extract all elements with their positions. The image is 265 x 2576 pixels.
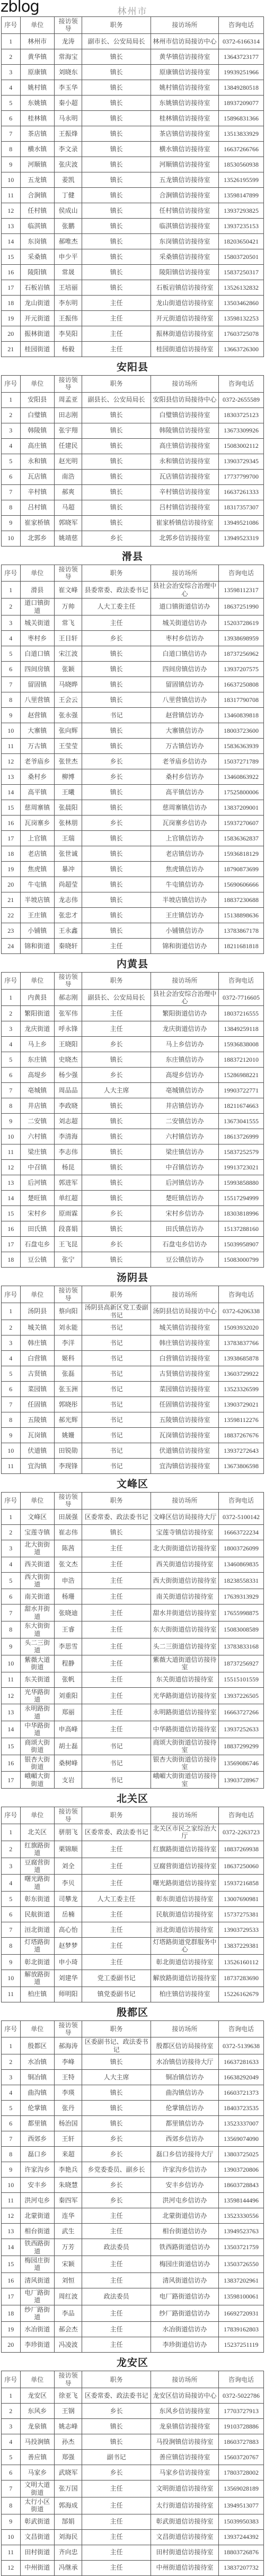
table-row: 24锦和街道秦晓轩主任锦和街道信访办18211681818 (2, 938, 264, 953)
cell-leader: 尚超莹 (54, 877, 82, 892)
cell-leader: 武生 (54, 2224, 82, 2239)
cell-unit: 铁西路街道 (20, 2239, 54, 2256)
cell-position: 主任 (82, 2497, 151, 2514)
cell-phone: 0372-7716605 (218, 989, 263, 1006)
cell-position: 镇长 (82, 1144, 151, 1160)
cell-index: 16 (2, 815, 21, 830)
cell-leader: 来超 (54, 2147, 82, 2162)
cell-location: 韩庄镇信访接待室 (151, 1335, 219, 1351)
column-header: 咨询电话 (218, 375, 263, 392)
cell-unit: 宝莲寺镇 (20, 1524, 54, 1540)
table-row: 14楚旺镇单红超镇长楚旺镇信访办15517294999 (2, 1191, 264, 1206)
column-header: 咨询电话 (218, 17, 263, 34)
cell-index: 6 (2, 1589, 21, 1604)
cell-location: 光华路街道信访接待室 (151, 1687, 219, 1704)
table-row: 2东风乡王钢乡长东风乡信访接待室17703727913 (2, 2404, 264, 2419)
cell-index: 18 (2, 295, 21, 310)
table-row: 16田氏镇段喜娟镇长田氏镇信访办15137288160 (2, 1221, 264, 1237)
cell-phone: 13937226505 (218, 1687, 263, 1704)
cell-position: 主任 (82, 1006, 151, 1021)
cell-index: 9 (2, 157, 21, 172)
cell-position: 主任 (82, 2480, 151, 2497)
cell-unit: 振林街道 (20, 326, 54, 341)
cell-leader: 马永明 (54, 110, 82, 126)
cell-phone: 15737275381 (218, 1907, 263, 1922)
column-header: 接访场所 (151, 1286, 219, 1303)
cell-position: 镇长 (82, 2434, 151, 2450)
cell-phone: 13598112276 (218, 1412, 263, 1428)
cell-index: 8 (2, 2497, 21, 2514)
cell-leader: 孙杰 (54, 2434, 82, 2450)
cell-phone: 13526195599 (218, 172, 263, 187)
table-row: 13临淇镇张鹏镇长临淇镇信访接待室13937235153 (2, 218, 264, 233)
cell-index: 2 (2, 49, 21, 64)
cell-index: 20 (2, 326, 21, 341)
cell-index: 6 (2, 469, 21, 484)
cell-phone: 13643723177 (218, 49, 263, 64)
table-row: 7亳城镇周品品人大主席亳城镇信访办19903722771 (2, 1083, 264, 1098)
column-header: 接访场所 (151, 1807, 219, 1824)
cell-index: 11 (2, 1459, 21, 1474)
cell-location: 万古镇信访办 (151, 738, 219, 753)
cell-leader: 暴冲 (54, 861, 82, 877)
cell-position: 主任 (82, 1938, 151, 1955)
cell-phone: 15936838008 (218, 1037, 263, 1052)
cell-leader: 田晟强 (54, 1509, 82, 1524)
cell-position: 主任 (82, 1021, 151, 1037)
cell-index: 11 (2, 2545, 21, 2560)
cell-index: 13 (2, 1175, 21, 1191)
cell-leader: 齐向忠 (54, 2545, 82, 2560)
cell-leader: 王振烽 (54, 126, 82, 141)
cell-phone: 13949521086 (218, 515, 263, 531)
cell-leader: 周品品 (54, 1083, 82, 1098)
cell-phone: 13673041555 (218, 1114, 263, 1129)
site-logo-link[interactable]: zblog (1, 0, 39, 15)
cell-position: 乡长 (82, 2193, 151, 2208)
cell-index: 4 (2, 80, 21, 95)
cell-index: 21 (2, 341, 21, 357)
cell-phone: 16692720931 (218, 2305, 263, 2322)
table-row: 2繁阳街道张军伟主任繁阳街道信访办18037216555 (2, 1006, 264, 1021)
cell-phone: 16637250808 (218, 676, 263, 692)
cell-phone: 18737283690 (218, 1970, 263, 1987)
cell-location: 善应镇信访接待室 (151, 2450, 219, 2465)
cell-position: 主任 (82, 310, 151, 326)
cell-phone: 15137288160 (218, 1221, 263, 1237)
cell-index: 20 (2, 2337, 21, 2353)
cell-leader: 李玉华 (54, 80, 82, 95)
cell-location: 东庄镇信访办 (151, 1052, 219, 1068)
cell-unit: 桑村乡 (20, 769, 54, 784)
cell-unit: 甜水井街道 (20, 1604, 54, 1621)
cell-index: 15 (2, 1738, 21, 1755)
cell-index: 10 (2, 1970, 21, 1987)
cell-phone: 13938685878 (218, 1351, 263, 1366)
cell-unit: 菜园镇 (20, 1382, 54, 1397)
table-row: 18老店镇张世诚镇长老店镇信访办15936818129 (2, 846, 264, 861)
cell-phone: 19903722771 (218, 1083, 263, 1098)
cell-leader: 张晨阳 (54, 800, 82, 815)
cell-leader: 崔志伟 (54, 1524, 82, 1540)
cell-location: 铁西路街道信访办 (151, 2239, 219, 2256)
cell-leader: 张万国 (54, 2480, 82, 2497)
cell-location: 八里营镇信访办 (151, 692, 219, 707)
table-row: 10六村镇李清海镇长六村镇信访办18613726999 (2, 1129, 264, 1144)
cell-leader: 张永强 (54, 707, 82, 723)
column-header: 咨询电话 (218, 1493, 263, 1510)
cell-leader: 段喜娟 (54, 1221, 82, 1237)
cell-index: 6 (2, 1068, 21, 1083)
cell-position: 主任 (82, 1922, 151, 1938)
cell-position: 镇长 (82, 676, 151, 692)
cell-index: 12 (2, 1687, 21, 1704)
cell-phone: 13949523319 (218, 531, 263, 546)
column-header: 职务 (82, 1286, 151, 1303)
cell-index: 13 (2, 769, 21, 784)
cell-location: 永明路街道信访接待室 (151, 1704, 219, 1721)
cell-index: 2 (2, 2404, 21, 2419)
cell-phone: 15937216858 (218, 1875, 263, 1892)
cell-position: 主任 (82, 1557, 151, 1572)
column-header: 咨询电话 (218, 2020, 263, 2037)
cell-location: 开元街道信访接待室 (151, 310, 219, 326)
cell-unit: 横水镇 (20, 141, 54, 157)
table-row: 1滑县崔文峰县委常委、政法委书记县社会治安综合治理中心13598112317 (2, 582, 264, 599)
cell-location: 留固镇信访办 (151, 676, 219, 692)
cell-position: 镇长 (82, 218, 151, 233)
cell-unit: 龙庆街道 (20, 1021, 54, 1037)
cell-unit: 南关街道 (20, 1589, 54, 1604)
cell-phone: 15836363939 (218, 738, 263, 753)
cell-leader: 李现锋 (54, 1459, 82, 1474)
cell-leader: 秦晓轩 (54, 938, 82, 953)
cell-location: 任村镇信访接待室 (151, 203, 219, 218)
cell-index: 11 (2, 1987, 21, 2002)
cell-leader: 郭海成 (54, 2497, 82, 2514)
cell-index: 8 (2, 1412, 21, 1428)
cell-phone: 15039958907 (218, 1237, 263, 1252)
cell-location: 头二三街道信访接待室 (151, 1638, 219, 1655)
cell-phone: 0372-6206338 (218, 1303, 263, 1320)
cell-position: 主任 (82, 1858, 151, 1875)
cell-phone: 13503726550 (218, 2256, 263, 2273)
cell-unit: 马投涧镇 (20, 2434, 54, 2450)
cell-location: 豆腐营街道信访接待室 (151, 1858, 219, 1875)
cell-phone: 13503462860 (218, 295, 263, 310)
cell-index: 14 (2, 1721, 21, 1738)
cell-unit: 龙安区 (20, 2388, 54, 2404)
cell-location: 东岗镇信访接待室 (151, 233, 219, 249)
cell-position: 书记 (82, 1382, 151, 1397)
cell-unit: 白营镇 (20, 1351, 54, 1366)
column-header: 序号 (2, 972, 21, 989)
cell-phone: 16637266766 (218, 141, 263, 157)
cell-position: 主任 (82, 1841, 151, 1858)
cell-index: 10 (2, 723, 21, 738)
column-header: 序号 (2, 1493, 21, 1510)
cell-location: 中华路街道信访接待室 (151, 1721, 219, 1738)
cell-phone: 13569074090 (218, 2131, 263, 2147)
cell-location: 磊口乡信访接待大厅 (151, 2147, 219, 2162)
cell-leader: 刘恒 (54, 2273, 82, 2288)
table-row: 20李珍街道冯凌波主任李珍街道信访办15237251119 (2, 2337, 264, 2353)
cell-phone: 13803725025 (218, 2147, 263, 2162)
table-row: 16银杏大街街道桑树峰书记银杏大街街道信访接待室13569086746 (2, 1755, 264, 1772)
table-row: 11东关街道张帆主任东关街道信访接待室15515101559 (2, 1672, 264, 1687)
column-header: 接访场所 (151, 2020, 219, 2037)
cell-leader: 李瑛 (54, 2085, 82, 2101)
cell-phone: 13673806598 (218, 1459, 263, 1474)
cell-position: 镇长 (82, 830, 151, 846)
column-header: 接访领导 (54, 2020, 82, 2037)
cell-unit: 马上乡 (20, 1037, 54, 1052)
table-row: 4白营镇姬科书记白营镇信访接待室13938685878 (2, 1351, 264, 1366)
cell-position: 镇长 (82, 172, 151, 187)
table-row: 11宜沟镇李现锋书记宜沟镇信访接待室13673806598 (2, 1459, 264, 1474)
column-header: 职务 (82, 1493, 151, 1510)
cell-position: 书记 (82, 1320, 151, 1335)
cell-unit: 东大街街道 (20, 1621, 54, 1638)
table-row: 6高堤乡杨少强乡长高堤乡信访办15286988221 (2, 1068, 264, 1083)
cell-location: 龙庆街道信访办 (151, 1021, 219, 1037)
cell-position: 主任 (82, 615, 151, 630)
cell-unit: 陵阳镇 (20, 264, 54, 280)
table-row: 3豆腐营街道刘全主任豆腐营街道信访接待室18637250060 (2, 1858, 264, 1875)
cell-leader: 岳楠 (54, 1907, 82, 1922)
column-header: 单位 (20, 2371, 54, 2388)
cell-position: 乡长 (82, 815, 151, 830)
table-row: 10文昌街道刘海民主任文昌街道信访接待室13937244392 (2, 2529, 264, 2545)
column-header: 职务 (82, 375, 151, 392)
cell-index: 6 (2, 110, 21, 126)
cell-location: 中州街道信访接待室 (151, 2560, 219, 2575)
cell-leader: 常海宝 (54, 49, 82, 64)
contact-table: 序号单位接访领导职务接访场所咨询电话1滑县崔文峰县委常委、政法委书记县社会治安综… (1, 565, 264, 954)
cell-location: 紫薇大道街道信访接待室 (151, 1655, 219, 1672)
cell-position: 主任 (82, 1589, 151, 1604)
cell-phone: 18317790708 (218, 692, 263, 707)
cell-index: 8 (2, 1098, 21, 1114)
cell-location: 吕村镇信访接待室 (151, 500, 219, 515)
table-row: 19水冶街道郝会杰主任水冶街道信访办17839162803 (2, 2322, 264, 2337)
cell-location: 银杏大街街道信访接待室 (151, 1755, 219, 1772)
cell-position: 书记 (82, 1443, 151, 1459)
cell-phone: 15083008589 (218, 1621, 263, 1638)
table-row: 8八里营镇王会云镇长八里营镇信访办18317790708 (2, 692, 264, 707)
cell-unit: 四间房镇 (20, 661, 54, 676)
cell-location: 永和镇信访接待室 (151, 454, 219, 469)
cell-index: 19 (2, 2322, 21, 2337)
cell-unit: 相台街道 (20, 2224, 54, 2239)
cell-position: 镇长 (82, 500, 151, 515)
cell-leader: 张丹 (54, 2101, 82, 2116)
cell-leader: 王晓阳 (54, 1037, 82, 1052)
table-row: 6南关街道杨珊主任南关街道信访接待室17639313929 (2, 1589, 264, 1604)
table-row: 11合涧镇丁健镇长合涧镇信访接待室13598147899 (2, 187, 264, 203)
cell-location: 四间房镇信访办 (151, 661, 219, 676)
cell-index: 12 (2, 2560, 21, 2575)
table-row: 5西大街街道申浩主任西大街街道信访接待室18238558331 (2, 1572, 264, 1589)
cell-phone: 0372-6166314 (218, 33, 263, 49)
cell-leader: 郑强 (54, 2450, 82, 2465)
table-row: 15慈周寨镇张晨阳镇长慈周寨镇信访办13837209001 (2, 800, 264, 815)
cell-leader: 李清海 (54, 1129, 82, 1144)
cell-index: 2 (2, 2054, 21, 2070)
cell-index: 9 (2, 515, 21, 531)
cell-leader: 周红波 (54, 2288, 82, 2305)
cell-position: 镇长 (82, 1221, 151, 1237)
cell-index: 13 (2, 1704, 21, 1721)
cell-location: 五陵镇信访接待室 (151, 1412, 219, 1428)
table-row: 13后河镇郭进军镇长后河镇信访办15993858880 (2, 1175, 264, 1191)
cell-location: 任固镇信访接待室 (151, 1397, 219, 1412)
cell-leader: 马晓晔 (54, 676, 82, 692)
cell-leader: 刘志超 (54, 1114, 82, 1129)
cell-unit: 老店镇 (20, 846, 54, 861)
cell-phone: 13598112317 (218, 582, 263, 599)
table-row: 14东岗镇郝唯杰镇长东岗镇信访接待室18203650421 (2, 233, 264, 249)
table-row: 20牛屯镇尚超莹镇长牛屯镇信访办15690606666 (2, 877, 264, 892)
cell-unit: 五龙镇 (20, 172, 54, 187)
table-row: 4高庄镇任建民镇长高庄镇信访接待室15083002112 (2, 438, 264, 454)
cell-phone: 15896831366 (218, 110, 263, 126)
cell-phone: 18003723600 (218, 723, 263, 738)
cell-location: 安阳县信访局接待中心 (151, 392, 219, 407)
cell-unit: 牛屯镇 (20, 877, 54, 892)
cell-leader: 郭晓军 (54, 515, 82, 531)
cell-position: 镇长 (82, 157, 151, 172)
cell-unit: 水冶镇 (20, 2054, 54, 2070)
cell-index: 12 (2, 203, 21, 218)
cell-location: 五龙镇信访接待室 (151, 172, 219, 187)
cell-location: 曲沟镇信访办 (151, 2085, 219, 2101)
cell-unit: 豆公镇 (20, 1252, 54, 1268)
cell-unit: 龙山街道 (20, 295, 54, 310)
cell-position: 主任 (82, 2514, 151, 2529)
cell-position: 主任 (82, 341, 151, 357)
cell-unit: 中华路街道 (20, 1721, 54, 1738)
table-row: 18豆公镇张宁镇长豆公镇信访办15083000799 (2, 1252, 264, 1268)
cell-leader: 李艳兵 (54, 2162, 82, 2178)
cell-phone: 13837209001 (218, 800, 263, 815)
cell-position: 主任 (82, 938, 151, 953)
table-row: 1汤阴县蔡向阳汤阴县高新区党工委副书记汤阴县信访局接访中心0372-620633… (2, 1303, 264, 1320)
cell-leader: 张玉洲 (54, 1382, 82, 1397)
cell-unit: 赵营镇 (20, 707, 54, 723)
cell-leader: 张林朋 (54, 815, 82, 830)
cell-unit: 焦虎镇 (20, 861, 54, 877)
cell-leader: 连华 (54, 2208, 82, 2224)
cell-location: 古贤镇信访接待室 (151, 1366, 219, 1382)
cell-index: 4 (2, 2434, 21, 2450)
column-header: 职务 (82, 972, 151, 989)
cell-unit: 亳城镇 (20, 1083, 54, 1098)
table-row: 2白璧镇田志刚镇长白璧镇信访接待室18303725123 (2, 407, 264, 423)
cell-leader: 李政晓 (54, 1098, 82, 1114)
cell-position: 书记 (82, 1412, 151, 1428)
cell-unit: 黄华镇 (20, 49, 54, 64)
cell-unit: 北关区 (20, 1824, 54, 1841)
cell-unit: 许家沟乡 (20, 2162, 54, 2178)
table-row: 3铜冶镇王特人大主席铜冶镇信访办16638292049 (2, 2070, 264, 2085)
cell-leader: 王曦 (54, 784, 82, 800)
cell-index: 6 (2, 1907, 21, 1922)
cell-position: 主任 (82, 1638, 151, 1655)
cell-location: 龙泉镇信访接待室 (151, 2419, 219, 2434)
cell-location: 白营镇信访接待室 (151, 1351, 219, 1366)
cell-location: 道口镇街道信访办 (151, 599, 219, 615)
cell-unit: 合涧镇 (20, 187, 54, 203)
cell-leader: 张世杰 (54, 753, 82, 769)
cell-unit: 楚旺镇 (20, 1191, 54, 1206)
table-row: 2水冶镇李峰镇长水冶镇信访接待大厅16637281633 (2, 2054, 264, 2070)
column-header: 接访场所 (151, 565, 219, 582)
cell-index: 4 (2, 1557, 21, 1572)
cell-leader: 郝光辉 (54, 1412, 82, 1428)
column-header: 单位 (20, 1807, 54, 1824)
cell-leader: 申高峰 (54, 1721, 82, 1738)
cell-unit: 后河镇 (20, 1175, 54, 1191)
page-title: 林州市 (0, 0, 265, 17)
table-row: 1龙安区徐亚飞区委常委、政法委书记龙安区信访局接访中心0372-5022786 (2, 2388, 264, 2404)
cell-index: 5 (2, 1572, 21, 1589)
cell-location: 田氏镇信访办 (151, 1221, 219, 1237)
cell-unit: 临淇镇 (20, 218, 54, 233)
cell-index: 9 (2, 1114, 21, 1129)
cell-phone: 16637281633 (218, 2054, 263, 2070)
cell-phone: 13598144496 (218, 2193, 263, 2208)
cell-location: 梅园庄街道信访办 (151, 2256, 219, 2273)
cell-phone: 18613726999 (218, 1129, 263, 1144)
cell-index: 4 (2, 438, 21, 454)
cell-leader: 支岩 (54, 1772, 82, 1789)
cell-location: 上官镇信访办 (151, 830, 219, 846)
table-row: 9许家沟乡李艳兵乡党委委员、副乡长许家沟乡信访办13903720806 (2, 2162, 264, 2178)
cell-index: 10 (2, 531, 21, 546)
cell-phone: 13460839818 (218, 707, 263, 723)
cell-position: 镇长 (82, 280, 151, 295)
cell-unit: 东关街道 (20, 1672, 54, 1687)
cell-phone: 18211674663 (218, 1098, 263, 1114)
cell-index: 8 (2, 1621, 21, 1638)
cell-unit: 水冶街道 (20, 2322, 54, 2337)
table-row: 1北关区骈朋飞区委常委、政法委书记北关区市民之家综治大厅0372-2263723 (2, 1824, 264, 1841)
column-header: 接访领导 (54, 1286, 82, 1303)
cell-phone: 15083000799 (218, 1252, 263, 1268)
cell-location: 崔家桥镇信访接待室 (151, 515, 219, 531)
cell-index: 3 (2, 1021, 21, 1037)
cell-index: 7 (2, 484, 21, 500)
column-header: 序号 (2, 2020, 21, 2037)
table-row: 4马上乡王晓阳乡长马上乡信访办15936838008 (2, 1037, 264, 1052)
cell-index: 2 (2, 1320, 21, 1335)
cell-index: 1 (2, 1509, 21, 1524)
section-title: 文峰区 (0, 1474, 265, 1492)
cell-location: 六村镇信访办 (151, 1129, 219, 1144)
cell-index: 3 (2, 1335, 21, 1351)
cell-phone: 0372-5100142 (218, 1509, 263, 1524)
cell-phone: 18837269938 (218, 1841, 263, 1858)
cell-index: 17 (2, 830, 21, 846)
header-row: 序号单位接访领导职务接访场所咨询电话 (2, 2371, 264, 2388)
cell-index: 7 (2, 1397, 21, 1412)
cell-index: 3 (2, 1858, 21, 1875)
cell-unit: 林州市 (20, 33, 54, 49)
table-row: 9崔家桥镇郭晓军镇长崔家桥镇信访接待室13949521086 (2, 515, 264, 531)
cell-location: 二安镇信访办 (151, 1114, 219, 1129)
column-header: 单位 (20, 1286, 54, 1303)
